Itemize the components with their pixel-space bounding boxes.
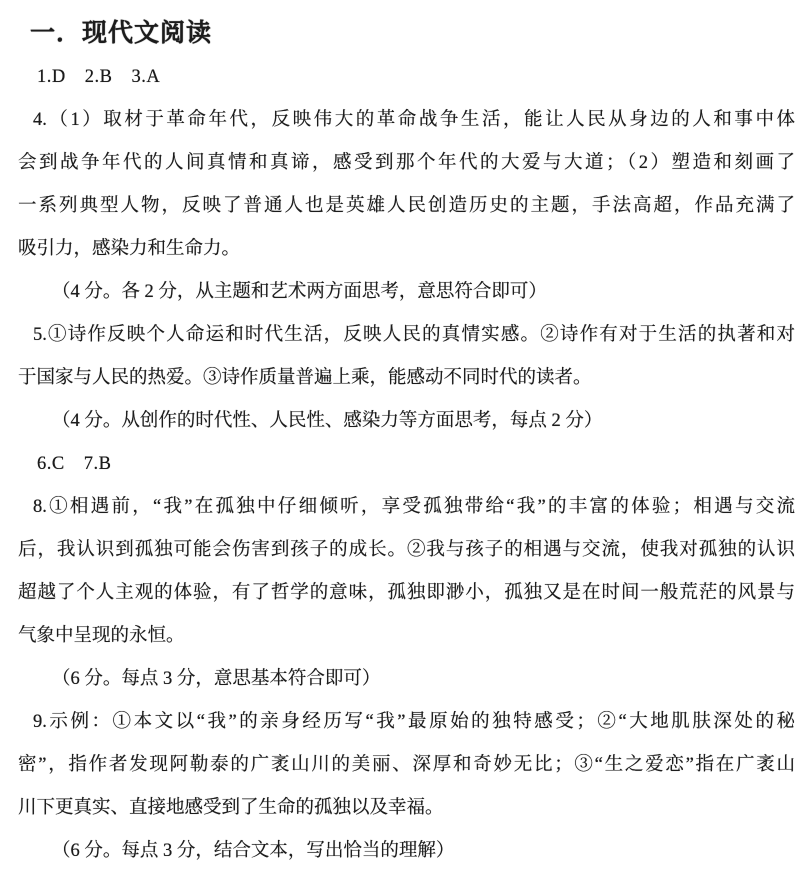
q4-score-note: （4 分。各 2 分，从主题和艺术两方面思考，意思符合即可） — [52, 271, 807, 314]
q8-answer-line-3: 超越了个人主观的体验，有了哲学的意味，孤独即渺小，孤独又是在时间一般荒茫的风景与 — [18, 572, 795, 615]
q8-score-note: （6 分。每点 3 分，意思基本符合即可） — [52, 658, 807, 701]
q5-answer-line-2: 于国家与人民的热爱。③诗作质量普遍上乘，能感动不同时代的读者。 — [18, 357, 795, 400]
q9-answer-line-3: 川下更真实、直接地感受到了生命的孤独以及幸福。 — [18, 787, 795, 830]
q9-answer-line-1: 9.示例：①本文以“我”的亲身经历写“我”最原始的独特感受；②“大地肌肤深处的秘 — [33, 701, 795, 744]
q8-answer-line-2: 后，我认识到孤独可能会伤害到孩子的成长。②我与孩子的相遇与交流，使我对孤独的认识 — [18, 529, 795, 572]
q4-answer-line-4: 吸引力，感染力和生命力。 — [18, 228, 795, 271]
q9-score-note: （6 分。每点 3 分，结合文本，写出恰当的理解） — [52, 830, 807, 873]
q9-answer-line-2: 密”，指作者发现阿勒泰的广袤山川的美丽、深厚和奇妙无比；③“生之爱恋”指在广袤山 — [18, 744, 795, 787]
q5-answer-line-1: 5.①诗作反映个人命运和时代生活，反映人民的真情实感。②诗作有对于生活的执著和对 — [33, 314, 795, 357]
choice-answers-q1-q3: 1.D 2.B 3.A — [37, 56, 807, 99]
section-heading: 一．现代文阅读 — [30, 10, 807, 56]
q5-score-note: （4 分。从创作的时代性、人民性、感染力等方面思考，每点 2 分） — [52, 400, 807, 443]
answer-key-content: 一．现代文阅读 1.D 2.B 3.A 4.（1）取材于革命年代，反映伟大的革命… — [0, 0, 807, 873]
q8-answer-line-1: 8.①相遇前，“我”在孤独中仔细倾听，享受孤独带给“我”的丰富的体验；相遇与交流 — [33, 486, 795, 529]
q8-answer-line-4: 气象中呈现的永恒。 — [18, 615, 795, 658]
q4-answer-line-3: 一系列典型人物，反映了普通人也是英雄人民创造历史的主题，手法高超，作品充满了 — [18, 185, 795, 228]
answer-key-page: 一．现代文阅读 1.D 2.B 3.A 4.（1）取材于革命年代，反映伟大的革命… — [0, 0, 807, 875]
q4-answer-line-1: 4.（1）取材于革命年代，反映伟大的革命战争生活，能让人民从身边的人和事中体 — [33, 99, 795, 142]
choice-answers-q6-q7: 6.C 7.B — [37, 443, 807, 486]
q4-answer-line-2: 会到战争年代的人间真情和真谛，感受到那个年代的大爱与大道；（2）塑造和刻画了 — [18, 142, 795, 185]
